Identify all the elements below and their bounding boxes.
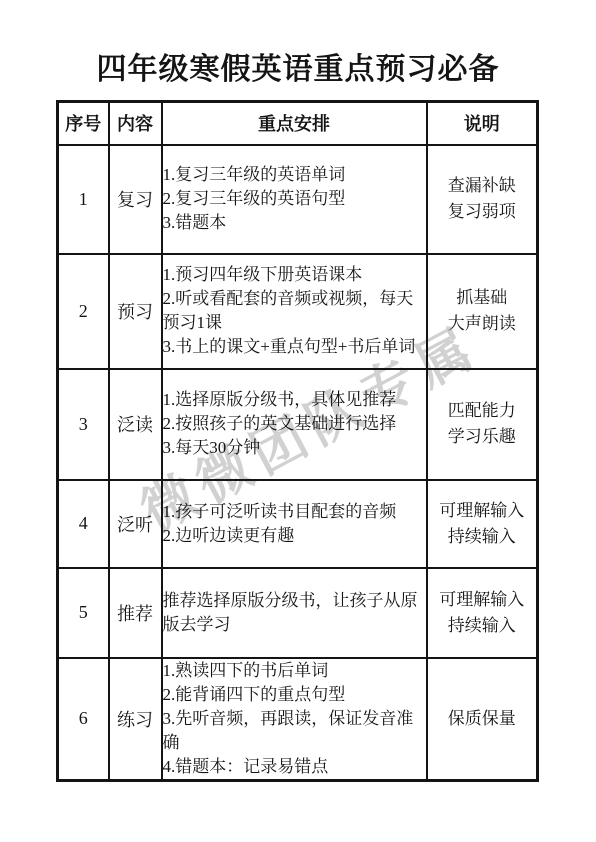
cell-serial: 2 <box>58 254 109 369</box>
note-line: 匹配能力 <box>428 398 537 424</box>
cell-note: 查漏补缺 复习弱项 <box>427 145 538 254</box>
cell-note: 可理解输入 持续输入 <box>427 568 538 658</box>
note-line: 抓基础 <box>428 285 537 311</box>
cell-content: 泛读 <box>109 369 162 480</box>
table-row: 4 泛听 1.孩子可泛听读书目配套的音频 2.边听边读更有趣 可理解输入 持续输… <box>58 480 538 568</box>
cell-serial: 3 <box>58 369 109 480</box>
table-row: 3 泛读 1.选择原版分级书，具体见推荐 2.按照孩子的英文基础进行选择 3.每… <box>58 369 538 480</box>
cell-arrangement: 1.预习四年级下册英语课本 2.听或看配套的音频或视频，每天预习1课 3.书上的… <box>162 254 427 369</box>
note-line: 可理解输入 <box>428 498 537 524</box>
arrangement-line: 2.听或看配套的音频或视频，每天预习1课 <box>163 287 426 335</box>
cell-content: 复习 <box>109 145 162 254</box>
header-content: 内容 <box>109 102 162 145</box>
cell-serial: 6 <box>58 658 109 781</box>
cell-serial: 1 <box>58 145 109 254</box>
arrangement-line: 4.错题本：记录易错点 <box>163 755 426 779</box>
cell-serial: 4 <box>58 480 109 568</box>
cell-note: 抓基础 大声朗读 <box>427 254 538 369</box>
table-header-row: 序号 内容 重点安排 说明 <box>58 102 538 145</box>
cell-note: 保质保量 <box>427 658 538 781</box>
note-line: 持续输入 <box>428 524 537 550</box>
note-line: 持续输入 <box>428 613 537 639</box>
document-page: 微微团队专属 四年级寒假英语重点预习必备 序号 内容 重点安排 说明 1 复习 … <box>0 0 596 842</box>
cell-arrangement: 1.熟读四下的书后单词 2.能背诵四下的重点句型 3.先听音频，再跟读，保证发音… <box>162 658 427 781</box>
cell-note: 可理解输入 持续输入 <box>427 480 538 568</box>
study-plan-table: 序号 内容 重点安排 说明 1 复习 1.复习三年级的英语单词 2.复习三年级的… <box>56 100 539 782</box>
cell-note: 匹配能力 学习乐趣 <box>427 369 538 480</box>
cell-arrangement: 1.复习三年级的英语单词 2.复习三年级的英语句型 3.错题本 <box>162 145 427 254</box>
header-arrangement: 重点安排 <box>162 102 427 145</box>
cell-arrangement: 推荐选择原版分级书，让孩子从原版去学习 <box>162 568 427 658</box>
arrangement-line: 3.书上的课文+重点句型+书后单词 <box>163 335 426 359</box>
arrangement-line: 1.孩子可泛听读书目配套的音频 <box>163 500 426 524</box>
cell-serial: 5 <box>58 568 109 658</box>
note-line: 保质保量 <box>428 706 537 732</box>
arrangement-line: 1.熟读四下的书后单词 <box>163 659 426 683</box>
arrangement-line: 3.每天30分钟 <box>163 436 426 460</box>
arrangement-line: 3.先听音频，再跟读，保证发音准确 <box>163 707 426 755</box>
arrangement-line: 2.复习三年级的英语句型 <box>163 187 426 211</box>
arrangement-line: 2.能背诵四下的重点句型 <box>163 683 426 707</box>
cell-arrangement: 1.孩子可泛听读书目配套的音频 2.边听边读更有趣 <box>162 480 427 568</box>
note-line: 可理解输入 <box>428 587 537 613</box>
header-note: 说明 <box>427 102 538 145</box>
arrangement-line: 1.选择原版分级书，具体见推荐 <box>163 388 426 412</box>
cell-content: 预习 <box>109 254 162 369</box>
header-serial: 序号 <box>58 102 109 145</box>
note-line: 查漏补缺 <box>428 173 537 199</box>
arrangement-line: 2.边听边读更有趣 <box>163 524 426 548</box>
arrangement-line: 3.错题本 <box>163 211 426 235</box>
arrangement-line: 推荐选择原版分级书，让孩子从原版去学习 <box>163 589 426 637</box>
note-line: 学习乐趣 <box>428 424 537 450</box>
table-row: 1 复习 1.复习三年级的英语单词 2.复习三年级的英语句型 3.错题本 查漏补… <box>58 145 538 254</box>
arrangement-line: 1.预习四年级下册英语课本 <box>163 263 426 287</box>
page-title: 四年级寒假英语重点预习必备 <box>0 44 596 88</box>
table-row: 2 预习 1.预习四年级下册英语课本 2.听或看配套的音频或视频，每天预习1课 … <box>58 254 538 369</box>
arrangement-line: 2.按照孩子的英文基础进行选择 <box>163 412 426 436</box>
cell-content: 练习 <box>109 658 162 781</box>
cell-content: 推荐 <box>109 568 162 658</box>
table-row: 5 推荐 推荐选择原版分级书，让孩子从原版去学习 可理解输入 持续输入 <box>58 568 538 658</box>
table-row: 6 练习 1.熟读四下的书后单词 2.能背诵四下的重点句型 3.先听音频，再跟读… <box>58 658 538 781</box>
arrangement-line: 1.复习三年级的英语单词 <box>163 163 426 187</box>
cell-content: 泛听 <box>109 480 162 568</box>
note-line: 大声朗读 <box>428 311 537 337</box>
note-line: 复习弱项 <box>428 199 537 225</box>
cell-arrangement: 1.选择原版分级书，具体见推荐 2.按照孩子的英文基础进行选择 3.每天30分钟 <box>162 369 427 480</box>
